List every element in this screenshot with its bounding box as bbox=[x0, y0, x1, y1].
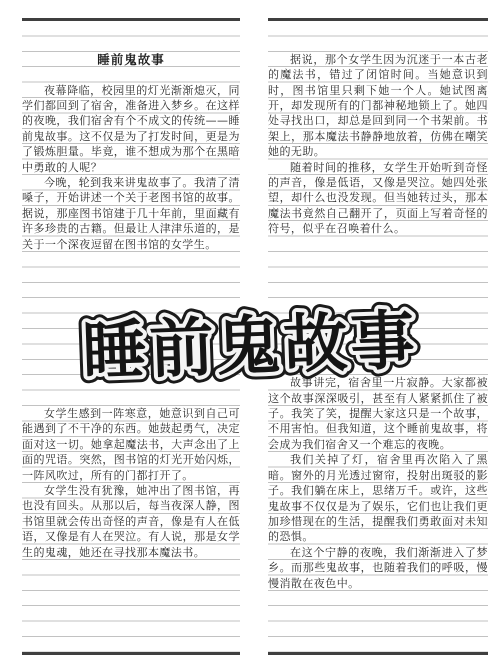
story-paragraph: 在这个宁静的夜晚，我们渐渐进入了梦乡。而那些鬼故事，也随着我们的呼吸，慢慢消散在… bbox=[268, 545, 488, 591]
left-column: 睡前鬼故事 夜幕降临，校园里的灯光渐渐熄灭，同学们都回到了宿舍，准备进入梦乡。在… bbox=[22, 18, 240, 655]
spacer bbox=[22, 252, 240, 406]
left-column-title: 睡前鬼故事 bbox=[22, 52, 240, 67]
story-paragraph: 故事讲完，宿舍里一片寂静。大家都被这个故事深深吸引，甚至有人紧紧抓住了被子。我笑… bbox=[268, 375, 488, 452]
spacer bbox=[22, 21, 240, 52]
story-paragraph: 据说，那个女学生因为沉迷于一本古老的魔法书，错过了闭馆时间。当她意识到时，图书馆… bbox=[268, 52, 488, 160]
story-paragraph: 女学生没有犹豫，她冲出了图书馆，再也没有回头。从那以后，每当夜深人静，图书馆里就… bbox=[22, 483, 240, 560]
spacer bbox=[268, 237, 488, 376]
story-paragraph: 夜幕降临，校园里的灯光渐渐熄灭，同学们都回到了宿舍，准备进入梦乡。在这样的夜晚，… bbox=[22, 83, 240, 175]
spacer bbox=[22, 67, 240, 82]
story-paragraph: 随着时间的推移，女学生开始听到奇怪的声音，像是低语，又像是哭泣。她四处张望，却什… bbox=[268, 160, 488, 237]
story-paragraph: 我们关掉了灯，宿舍里再次陷入了黑暗。窗外的月光透过窗帘，投射出斑驳的影子。我们躺… bbox=[268, 452, 488, 544]
spacer bbox=[268, 21, 488, 52]
right-column: 据说，那个女学生因为沉迷于一本古老的魔法书，错过了闭馆时间。当她意识到时，图书馆… bbox=[268, 18, 488, 655]
notebook-page: 睡前鬼故事 夜幕降临，校园里的灯光渐渐熄灭，同学们都回到了宿舍，准备进入梦乡。在… bbox=[0, 0, 500, 668]
story-paragraph: 女学生感到一阵寒意，她意识到自己可能遇到了不干净的东西。她鼓起勇气，决定面对这一… bbox=[22, 406, 240, 483]
story-paragraph: 今晚，轮到我来讲鬼故事了。我清了清嗓子，开始讲述一个关于老图书馆的故事。据说，那… bbox=[22, 175, 240, 252]
